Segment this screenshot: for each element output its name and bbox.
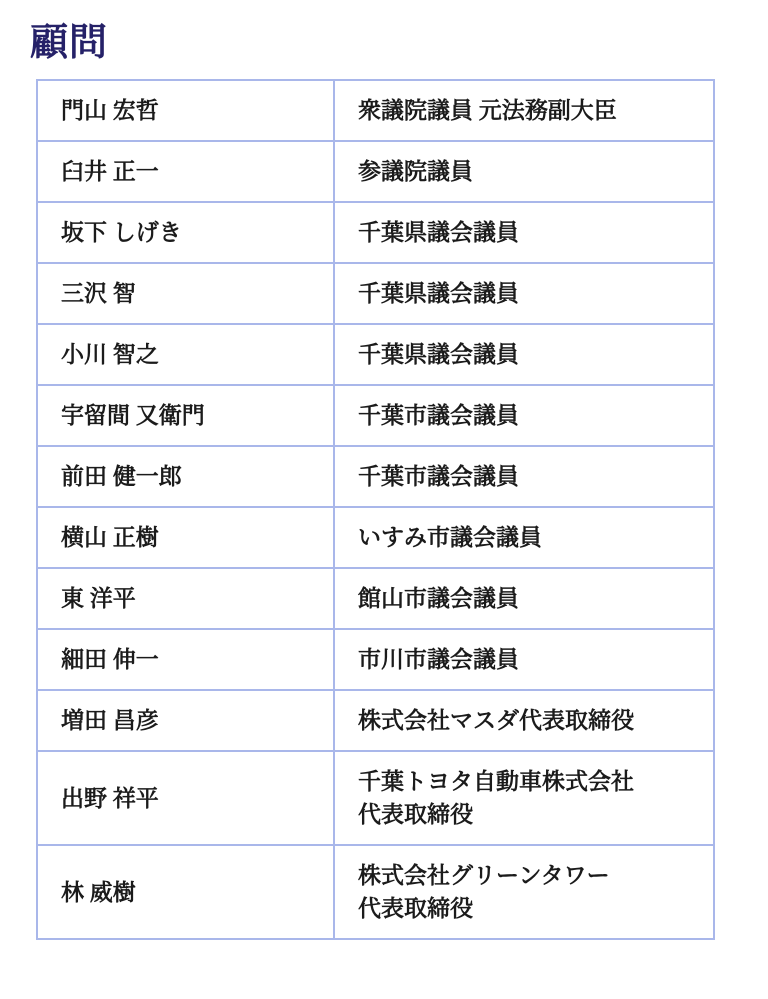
table-row: 宇留間 又衛門 千葉市議会議員: [37, 385, 714, 446]
advisor-name: 門山 宏哲: [37, 80, 334, 141]
advisor-title: 千葉県議会議員: [334, 202, 714, 263]
advisor-name: 出野 祥平: [37, 751, 334, 845]
table-row: 小川 智之 千葉県議会議員: [37, 324, 714, 385]
table-row: 門山 宏哲 衆議院議員 元法務副大臣: [37, 80, 714, 141]
table-row: 前田 健一郎 千葉市議会議員: [37, 446, 714, 507]
advisor-name: 前田 健一郎: [37, 446, 334, 507]
advisor-title: 市川市議会議員: [334, 629, 714, 690]
advisor-name: 臼井 正一: [37, 141, 334, 202]
advisor-title: 株式会社グリーンタワー 代表取締役: [334, 845, 714, 939]
advisor-name: 林 威樹: [37, 845, 334, 939]
table-row: 東 洋平 館山市議会議員: [37, 568, 714, 629]
advisor-title: 千葉市議会議員: [334, 385, 714, 446]
table-row: 林 威樹 株式会社グリーンタワー 代表取締役: [37, 845, 714, 939]
table-row: 増田 昌彦 株式会社マスダ代表取締役: [37, 690, 714, 751]
advisor-title: 千葉県議会議員: [334, 324, 714, 385]
advisor-name: 三沢 智: [37, 263, 334, 324]
advisor-title: 千葉トヨタ自動車株式会社 代表取締役: [334, 751, 714, 845]
advisor-page: 顧問 門山 宏哲 衆議院議員 元法務副大臣 臼井 正一 参議院議員 坂下 しげき…: [0, 0, 768, 999]
advisor-name: 東 洋平: [37, 568, 334, 629]
advisor-name: 横山 正樹: [37, 507, 334, 568]
table-row: 横山 正樹 いすみ市議会議員: [37, 507, 714, 568]
advisor-title: 参議院議員: [334, 141, 714, 202]
table-row: 出野 祥平 千葉トヨタ自動車株式会社 代表取締役: [37, 751, 714, 845]
table-row: 坂下 しげき 千葉県議会議員: [37, 202, 714, 263]
advisor-name: 宇留間 又衛門: [37, 385, 334, 446]
table-row: 細田 伸一 市川市議会議員: [37, 629, 714, 690]
advisor-title: 千葉市議会議員: [334, 446, 714, 507]
advisor-title: 館山市議会議員: [334, 568, 714, 629]
advisor-table: 門山 宏哲 衆議院議員 元法務副大臣 臼井 正一 参議院議員 坂下 しげき 千葉…: [36, 79, 715, 940]
advisor-name: 小川 智之: [37, 324, 334, 385]
page-title: 顧問: [0, 0, 768, 64]
advisor-name: 細田 伸一: [37, 629, 334, 690]
table-row: 臼井 正一 参議院議員: [37, 141, 714, 202]
advisor-name: 坂下 しげき: [37, 202, 334, 263]
advisor-title: 千葉県議会議員: [334, 263, 714, 324]
advisor-title: 株式会社マスダ代表取締役: [334, 690, 714, 751]
advisor-title: 衆議院議員 元法務副大臣: [334, 80, 714, 141]
advisor-name: 増田 昌彦: [37, 690, 334, 751]
advisor-title: いすみ市議会議員: [334, 507, 714, 568]
advisor-table-body: 門山 宏哲 衆議院議員 元法務副大臣 臼井 正一 参議院議員 坂下 しげき 千葉…: [37, 80, 714, 939]
table-row: 三沢 智 千葉県議会議員: [37, 263, 714, 324]
